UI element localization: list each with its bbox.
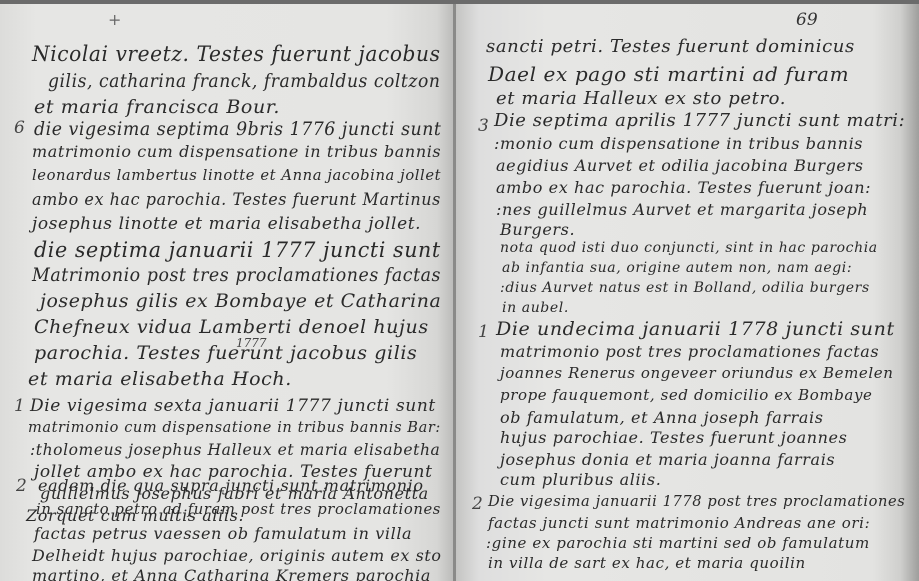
entry-number: 3 [478, 116, 489, 136]
entry-line: cum pluribus aliis. [500, 470, 661, 489]
entry-number: 1 [478, 322, 489, 342]
entry-line: parochia. Testes fuerunt jacobus gilis [34, 342, 417, 364]
entry-line: ambo ex hac parochia. Testes fuerunt Mar… [32, 190, 441, 210]
entry-line: in villa de sart ex hac, et maria quoili… [488, 554, 806, 572]
corner-mark: + [108, 10, 121, 29]
entry-number: 2 [472, 494, 483, 514]
entry-line: leonardus lambertus linotte et Anna jaco… [32, 166, 441, 184]
note-line: in aubel. [502, 300, 569, 316]
note-line: nota quod isti duo conjuncti, sint in ha… [500, 240, 878, 256]
entry-number: 6 [14, 118, 25, 138]
entry-line: josephus gilis ex Bombaye et Catharina [40, 290, 441, 312]
entry-line: ambo ex hac parochia. Testes fuerunt joa… [496, 178, 871, 197]
entry-line: Die vigesima januarii 1778 post tres pro… [488, 492, 905, 510]
entry-line: martino, et Anna Catharina Kremers paroc… [32, 566, 431, 581]
entry-line: Burgers. [500, 220, 575, 239]
year-annotation: 1777 [236, 336, 267, 350]
entry-line: Matrimonio post tres proclamationes fact… [32, 264, 441, 286]
right-page: 69 sancti petri. Testes fuerunt dominicu… [456, 4, 919, 581]
entry-line: die vigesima septima 9bris 1776 juncti s… [34, 118, 441, 140]
entry-line: in sancto petro ad furam post tres procl… [36, 500, 441, 518]
entry-line: factas petrus vaessen ob famulatum in vi… [34, 524, 412, 543]
entry-line: matrimonio post tres proclamationes fact… [500, 342, 879, 361]
entry-line: die septima januarii 1777 juncti sunt [34, 238, 441, 262]
entry-number: 1 [14, 396, 25, 416]
entry-line: ob famulatum, et Anna joseph farrais [500, 408, 824, 427]
entry-line: Delheidt hujus parochiae, originis autem… [32, 546, 442, 565]
entry-line: joannes Renerus ongeveer oriundus ex Bem… [500, 364, 894, 382]
note-line: ab infantia sua, origine autem non, nam … [502, 260, 852, 276]
entry-line: Die undecima januarii 1778 juncti sunt [496, 318, 895, 340]
entry-line: factas juncti sunt matrimonio Andreas an… [488, 514, 870, 532]
entry-line: Nicolai vreetz. Testes fuerunt jacobus [32, 42, 441, 66]
entry-line: matrimonio cum dispensatione in tribus b… [32, 142, 441, 161]
entry-line: et maria Halleux ex sto petro. [496, 88, 786, 109]
entry-line: josephus linotte et maria elisabetha jol… [32, 214, 421, 234]
entry-line: :monio cum dispensatione in tribus banni… [494, 134, 863, 153]
entry-line: et maria elisabetha Hoch. [28, 368, 292, 390]
page-number: 69 [796, 10, 818, 30]
entry-line: :gine ex parochia sti martini sed ob fam… [486, 534, 870, 552]
entry-line: gilis, catharina franck, frambaldus colt… [48, 70, 440, 92]
entry-line: Die vigesima sexta januarii 1777 juncti … [30, 396, 436, 416]
entry-line: Dael ex pago sti martini ad furam [488, 62, 849, 86]
entry-line: et maria francisca Bour. [34, 96, 280, 118]
entry-line: matrimonio cum dispensatione in tribus b… [28, 418, 441, 436]
entry-line: :tholomeus josephus Halleux et maria eli… [30, 440, 440, 459]
entry-line: prope fauquemont, sed domicilio ex Bomba… [500, 386, 873, 404]
left-page: + Nicolai vreetz. Testes fuerunt jacobus… [0, 4, 455, 581]
entry-line: Die septima aprilis 1777 juncti sunt mat… [494, 110, 905, 131]
entry-line: josephus donia et maria joanna farrais [500, 450, 835, 469]
entry-number: 2 [16, 476, 27, 496]
entry-line: hujus parochiae. Testes fuerunt joannes [500, 428, 847, 447]
entry-line: sancti petri. Testes fuerunt dominicus [486, 36, 855, 57]
entry-line: aegidius Aurvet et odilia jacobina Burge… [496, 156, 864, 175]
entry-line: eadem die qua supra juncti sunt matrimon… [38, 476, 424, 495]
note-line: :dius Aurvet natus est in Bolland, odili… [500, 280, 870, 296]
entry-line: :nes guillelmus Aurvet et margarita jose… [496, 200, 868, 219]
entry-line: Chefneux vidua Lamberti denoel hujus [34, 316, 429, 338]
book-spread: + Nicolai vreetz. Testes fuerunt jacobus… [0, 0, 919, 581]
